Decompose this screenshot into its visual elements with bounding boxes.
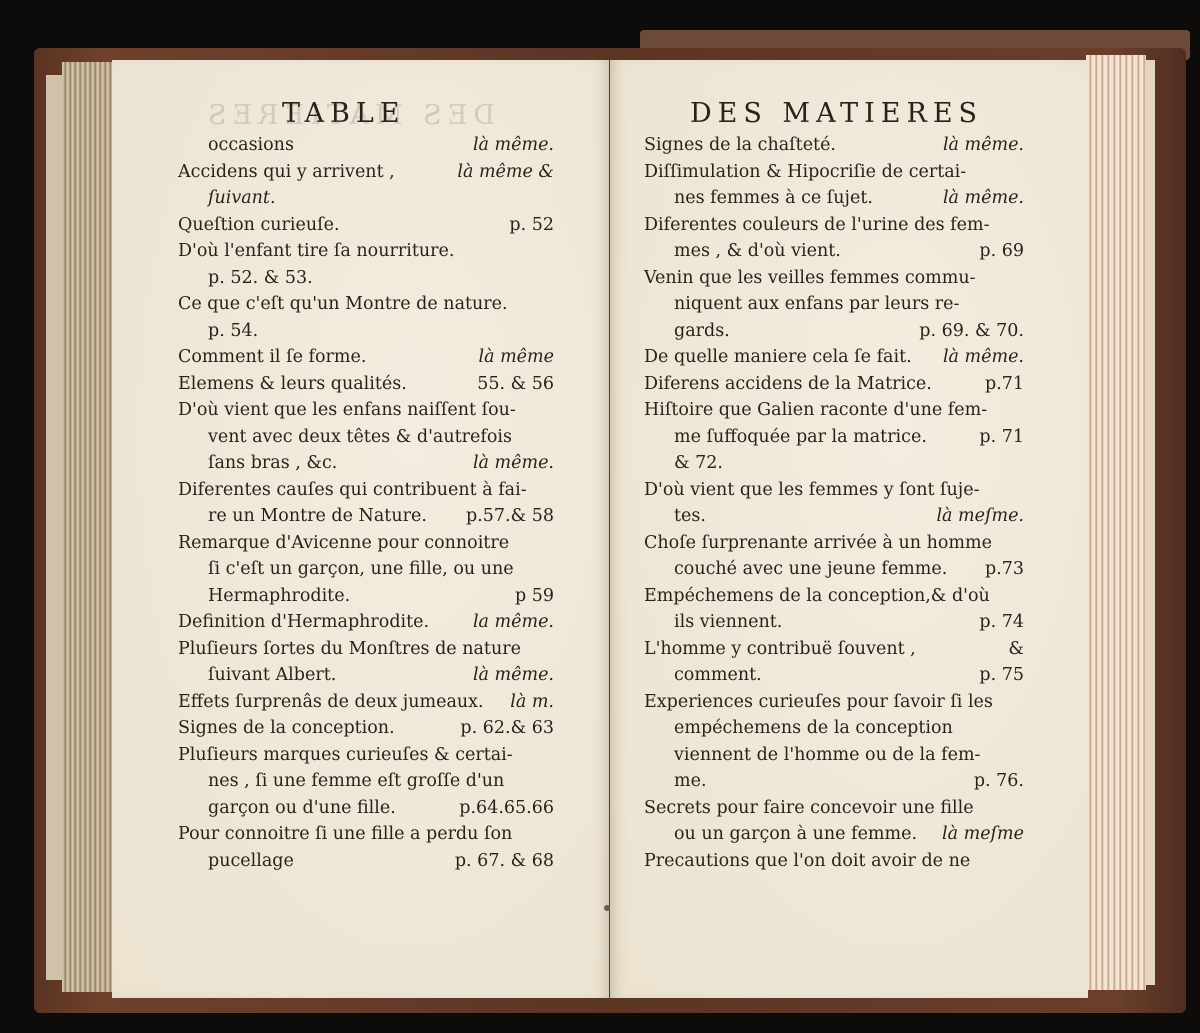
index-entry: Diferentes couleurs de l'urine des fem-	[644, 212, 1024, 239]
entry-text: Queſtion curieuſe.	[178, 212, 340, 239]
index-entry: Comment il ſe forme.là même	[178, 344, 554, 371]
entry-text: comment.	[674, 662, 762, 689]
entry-text: Accidens qui y arrivent ,	[178, 159, 395, 186]
entry-text: Ce que c'eſt qu'un Montre de nature.	[178, 291, 508, 318]
entry-text: Signes de la chaſteté.	[644, 132, 836, 159]
index-entry: Hermaphrodite.p 59	[178, 583, 554, 610]
entry-text: Comment il ſe forme.	[178, 344, 366, 371]
entry-page-ref: la même.	[473, 609, 554, 636]
index-entry: couché avec une jeune femme.p.73	[644, 556, 1024, 583]
entry-page-ref: p 59	[515, 583, 554, 610]
entry-text: Pour connoitre ſi une fille a perdu ſon	[178, 821, 512, 848]
index-entry: me ſuffoquée par la matrice.p. 71	[644, 424, 1024, 451]
entry-page-ref: 55. & 56	[477, 371, 554, 398]
entry-text: tes.	[674, 503, 706, 530]
entry-text: Pluſieurs ſortes du Monſtres de nature	[178, 636, 521, 663]
index-entry: mes , & d'où vient.p. 69	[644, 238, 1024, 265]
entry-text: garçon ou d'une fille.	[208, 795, 396, 822]
index-entry: ſans bras , &c.là même.	[178, 450, 554, 477]
entry-text: Pluſieurs marques curieuſes & certai-	[178, 742, 513, 769]
index-entry: Elemens & leurs qualités.55. & 56	[178, 371, 554, 398]
index-entry: viennent de l'homme ou de la fem-	[644, 742, 1024, 769]
index-entry: vent avec deux têtes & d'autrefois	[178, 424, 554, 451]
index-entry: nes , ſi une femme eſt groſſe d'un	[178, 768, 554, 795]
index-entry: Ce que c'eſt qu'un Montre de nature.	[178, 291, 554, 318]
entry-page-ref: p. 75	[979, 662, 1024, 689]
entry-page-ref: p.71	[985, 371, 1024, 398]
index-entry: D'où vient que les enfans naiſſent ſou-	[178, 397, 554, 424]
entry-page-ref: p.64.65.66	[459, 795, 554, 822]
entry-page-ref: là même.	[943, 132, 1024, 159]
index-entry: Hiſtoire que Galien raconte d'une fem-	[644, 397, 1024, 424]
entry-text: Signes de la conception.	[178, 715, 395, 742]
left-page: DES MATIERES TABLE occasionslà même.Acci…	[112, 60, 609, 998]
entry-page-ref: p.73	[985, 556, 1024, 583]
index-entry: occasionslà même.	[178, 132, 554, 159]
entry-page-ref: là même.	[943, 344, 1024, 371]
entry-text: De quelle maniere cela ſe fait.	[644, 344, 912, 371]
index-entry: ſuivant.	[178, 185, 554, 212]
index-entry: Venin que les veilles femmes commu-	[644, 265, 1024, 292]
entry-text: empéchemens de la conception	[674, 715, 953, 742]
index-entry: Empéchemens de la conception,& d'où	[644, 583, 1024, 610]
binding-thread-mark	[604, 905, 610, 911]
entry-text: Remarque d'Avicenne pour connoitre	[178, 530, 509, 557]
index-entry: ou un garçon à une femme.là meſme	[644, 821, 1024, 848]
right-page-block-edge	[1086, 55, 1146, 990]
index-entry: comment.p. 75	[644, 662, 1024, 689]
index-entry: Diſſimulation & Hipocriſie de certai-	[644, 159, 1024, 186]
entry-page-ref: p.57.& 58	[466, 503, 554, 530]
index-entry: Precautions que l'on doit avoir de ne	[644, 848, 1024, 875]
index-entry: Pluſieurs marques curieuſes & certai-	[178, 742, 554, 769]
index-entry: garçon ou d'une fille.p.64.65.66	[178, 795, 554, 822]
index-entry: re un Montre de Nature.p.57.& 58	[178, 503, 554, 530]
entry-text: occasions	[208, 132, 294, 159]
index-entry: Pluſieurs ſortes du Monſtres de nature	[178, 636, 554, 663]
entry-text: ſuivant Albert.	[208, 662, 336, 689]
entry-text: ils viennent.	[674, 609, 782, 636]
left-page-block-edge	[62, 62, 114, 992]
entry-text: p. 54.	[208, 318, 258, 345]
entry-page-ref: là meſme.	[936, 503, 1024, 530]
entry-text: D'où vient que les enfans naiſſent ſou-	[178, 397, 516, 424]
entry-text: Definition d'Hermaphrodite.	[178, 609, 429, 636]
index-entry: & 72.	[644, 450, 1024, 477]
right-page: DES MATIERES Signes de la chaſteté.là mê…	[610, 60, 1088, 998]
entry-page-ref: là même.	[473, 450, 554, 477]
entry-page-ref: p. 69. & 70.	[919, 318, 1024, 345]
entry-text: Hiſtoire que Galien raconte d'une fem-	[644, 397, 987, 424]
entry-page-ref: p. 76.	[974, 768, 1024, 795]
index-entry: Secrets pour faire concevoir une fille	[644, 795, 1024, 822]
entry-page-ref: p. 74	[979, 609, 1024, 636]
entry-text: D'où vient que les femmes y ſont ſuje-	[644, 477, 980, 504]
index-entries-left: occasionslà même.Accidens qui y arrivent…	[178, 132, 554, 874]
index-entry: Pour connoitre ſi une fille a perdu ſon	[178, 821, 554, 848]
entry-page-ref: là même.	[473, 662, 554, 689]
entry-page-ref: p. 71	[979, 424, 1024, 451]
index-entry: Queſtion curieuſe.p. 52	[178, 212, 554, 239]
index-entry: empéchemens de la conception	[644, 715, 1024, 742]
entry-page-ref: &	[1008, 636, 1024, 663]
page-header-left: TABLE	[282, 98, 406, 129]
index-entry: De quelle maniere cela ſe fait.là même.	[644, 344, 1024, 371]
entry-page-ref: p. 52	[509, 212, 554, 239]
entry-page-ref: p. 69	[979, 238, 1024, 265]
entry-text: couché avec une jeune femme.	[674, 556, 947, 583]
index-entry: D'où l'enfant tire ſa nourriture.	[178, 238, 554, 265]
entry-text: ſuivant.	[208, 185, 276, 212]
index-entry: me.p. 76.	[644, 768, 1024, 795]
entry-page-ref: là même.	[943, 185, 1024, 212]
entry-text: ſi c'eſt un garçon, une fille, ou une	[208, 556, 514, 583]
entry-text: Diferens accidens de la Matrice.	[644, 371, 932, 398]
entry-text: viennent de l'homme ou de la fem-	[674, 742, 980, 769]
entry-page-ref: p. 62.& 63	[460, 715, 554, 742]
index-entry: Diferentes cauſes qui contribuent à fai-	[178, 477, 554, 504]
entry-text: Venin que les veilles femmes commu-	[644, 265, 976, 292]
entry-text: re un Montre de Nature.	[208, 503, 427, 530]
entry-page-ref: là même	[479, 344, 555, 371]
entry-text: ou un garçon à une femme.	[674, 821, 917, 848]
index-entry: Definition d'Hermaphrodite.la même.	[178, 609, 554, 636]
index-entry: niquent aux enfans par leurs re-	[644, 291, 1024, 318]
entry-text: L'homme y contribuë ſouvent ,	[644, 636, 916, 663]
entry-text: ſans bras , &c.	[208, 450, 337, 477]
index-entry: ſi c'eſt un garçon, une fille, ou une	[178, 556, 554, 583]
index-entry: Experiences curieuſes pour ſavoir ſi les	[644, 689, 1024, 716]
entry-text: pucellage	[208, 848, 294, 875]
entry-text: Choſe ſurprenante arrivée à un homme	[644, 530, 992, 557]
page-header-right: DES MATIERES	[690, 98, 983, 129]
entry-text: Diſſimulation & Hipocriſie de certai-	[644, 159, 966, 186]
entry-text: niquent aux enfans par leurs re-	[674, 291, 959, 318]
entry-page-ref: là même.	[473, 132, 554, 159]
index-entries-right: Signes de la chaſteté.là même.Diſſimulat…	[644, 132, 1024, 874]
entry-text: nes femmes à ce ſujet.	[674, 185, 873, 212]
index-entry: p. 54.	[178, 318, 554, 345]
entry-page-ref: là même &	[457, 159, 554, 186]
index-entry: gards.p. 69. & 70.	[644, 318, 1024, 345]
entry-text: mes , & d'où vient.	[674, 238, 841, 265]
index-entry: nes femmes à ce ſujet.là même.	[644, 185, 1024, 212]
entry-text: Precautions que l'on doit avoir de ne	[644, 848, 970, 875]
index-entry: ſuivant Albert.là même.	[178, 662, 554, 689]
index-entry: Diferens accidens de la Matrice.p.71	[644, 371, 1024, 398]
index-entry: Remarque d'Avicenne pour connoitre	[178, 530, 554, 557]
entry-text: me ſuffoquée par la matrice.	[674, 424, 927, 451]
entry-text: vent avec deux têtes & d'autrefois	[208, 424, 512, 451]
entry-page-ref: là m.	[510, 689, 554, 716]
index-entry: p. 52. & 53.	[178, 265, 554, 292]
entry-text: p. 52. & 53.	[208, 265, 313, 292]
index-entry: Choſe ſurprenante arrivée à un homme	[644, 530, 1024, 557]
entry-text: Secrets pour faire concevoir une fille	[644, 795, 974, 822]
index-entry: L'homme y contribuë ſouvent ,&	[644, 636, 1024, 663]
entry-text: me.	[674, 768, 707, 795]
index-entry: tes.là meſme.	[644, 503, 1024, 530]
index-entry: Accidens qui y arrivent ,là même &	[178, 159, 554, 186]
index-entry: D'où vient que les femmes y ſont ſuje-	[644, 477, 1024, 504]
entry-page-ref: là meſme	[942, 821, 1024, 848]
entry-text: Hermaphrodite.	[208, 583, 350, 610]
entry-text: Empéchemens de la conception,& d'où	[644, 583, 990, 610]
index-entry: Signes de la chaſteté.là même.	[644, 132, 1024, 159]
entry-text: nes , ſi une femme eſt groſſe d'un	[208, 768, 504, 795]
index-entry: Effets ſurprenâs de deux jumeaux.là m.	[178, 689, 554, 716]
entry-page-ref: p. 67. & 68	[455, 848, 554, 875]
entry-text: Diferentes couleurs de l'urine des fem-	[644, 212, 990, 239]
index-entry: pucellagep. 67. & 68	[178, 848, 554, 875]
entry-text: & 72.	[674, 450, 723, 477]
entry-text: Elemens & leurs qualités.	[178, 371, 407, 398]
entry-text: gards.	[674, 318, 730, 345]
index-entry: ils viennent.p. 74	[644, 609, 1024, 636]
index-entry: Signes de la conception.p. 62.& 63	[178, 715, 554, 742]
entry-text: Effets ſurprenâs de deux jumeaux.	[178, 689, 484, 716]
entry-text: Diferentes cauſes qui contribuent à fai-	[178, 477, 527, 504]
entry-text: D'où l'enfant tire ſa nourriture.	[178, 238, 454, 265]
entry-text: Experiences curieuſes pour ſavoir ſi les	[644, 689, 993, 716]
